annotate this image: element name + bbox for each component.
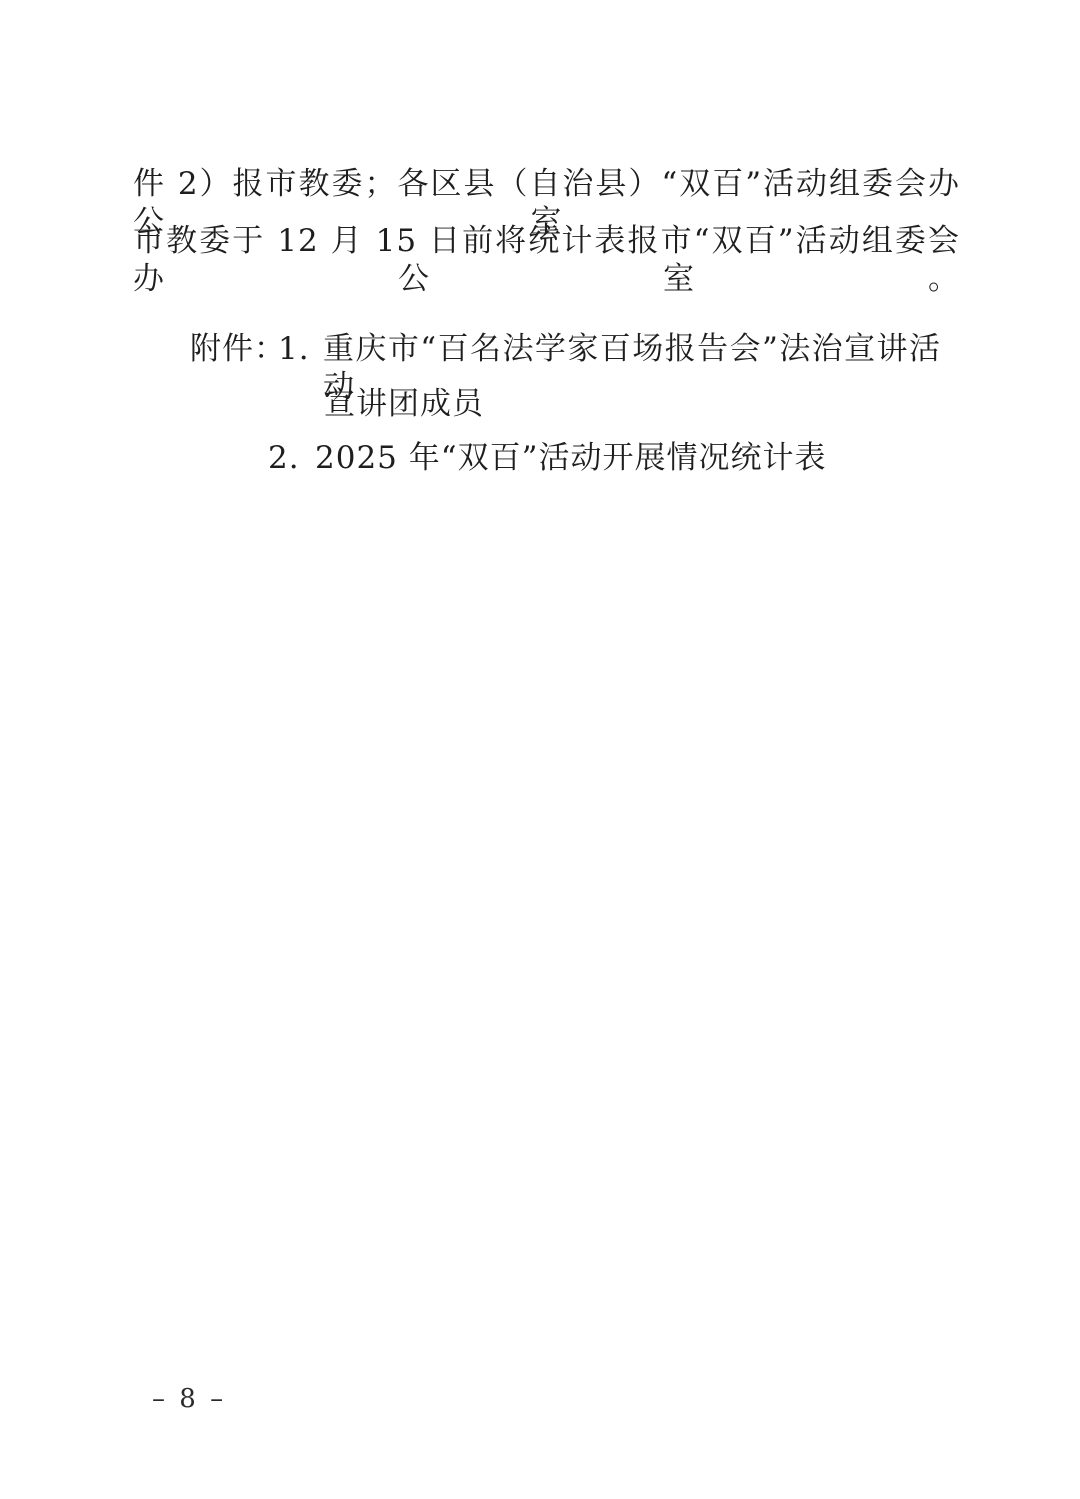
attachment-item-2-number: 2.: [268, 439, 300, 477]
page-number: – 8 –: [152, 1384, 226, 1414]
attachment-label: 附件：: [190, 330, 286, 368]
attachment-item-2-text-line-1: 2025 年“双百”活动开展情况统计表: [315, 439, 826, 477]
document-page: 件 2）报市教委；各区县（自治县）“双百”活动组委会办公室、 市教委于 12 月…: [0, 0, 1080, 1499]
attachment-item-1-number: 1.: [278, 330, 310, 368]
attachment-item-1-text-line-2: 宣讲团成员: [324, 385, 484, 423]
body-paragraph-line-2: 市教委于 12 月 15 日前将统计表报市“双百”活动组委会办公室。: [133, 222, 960, 298]
